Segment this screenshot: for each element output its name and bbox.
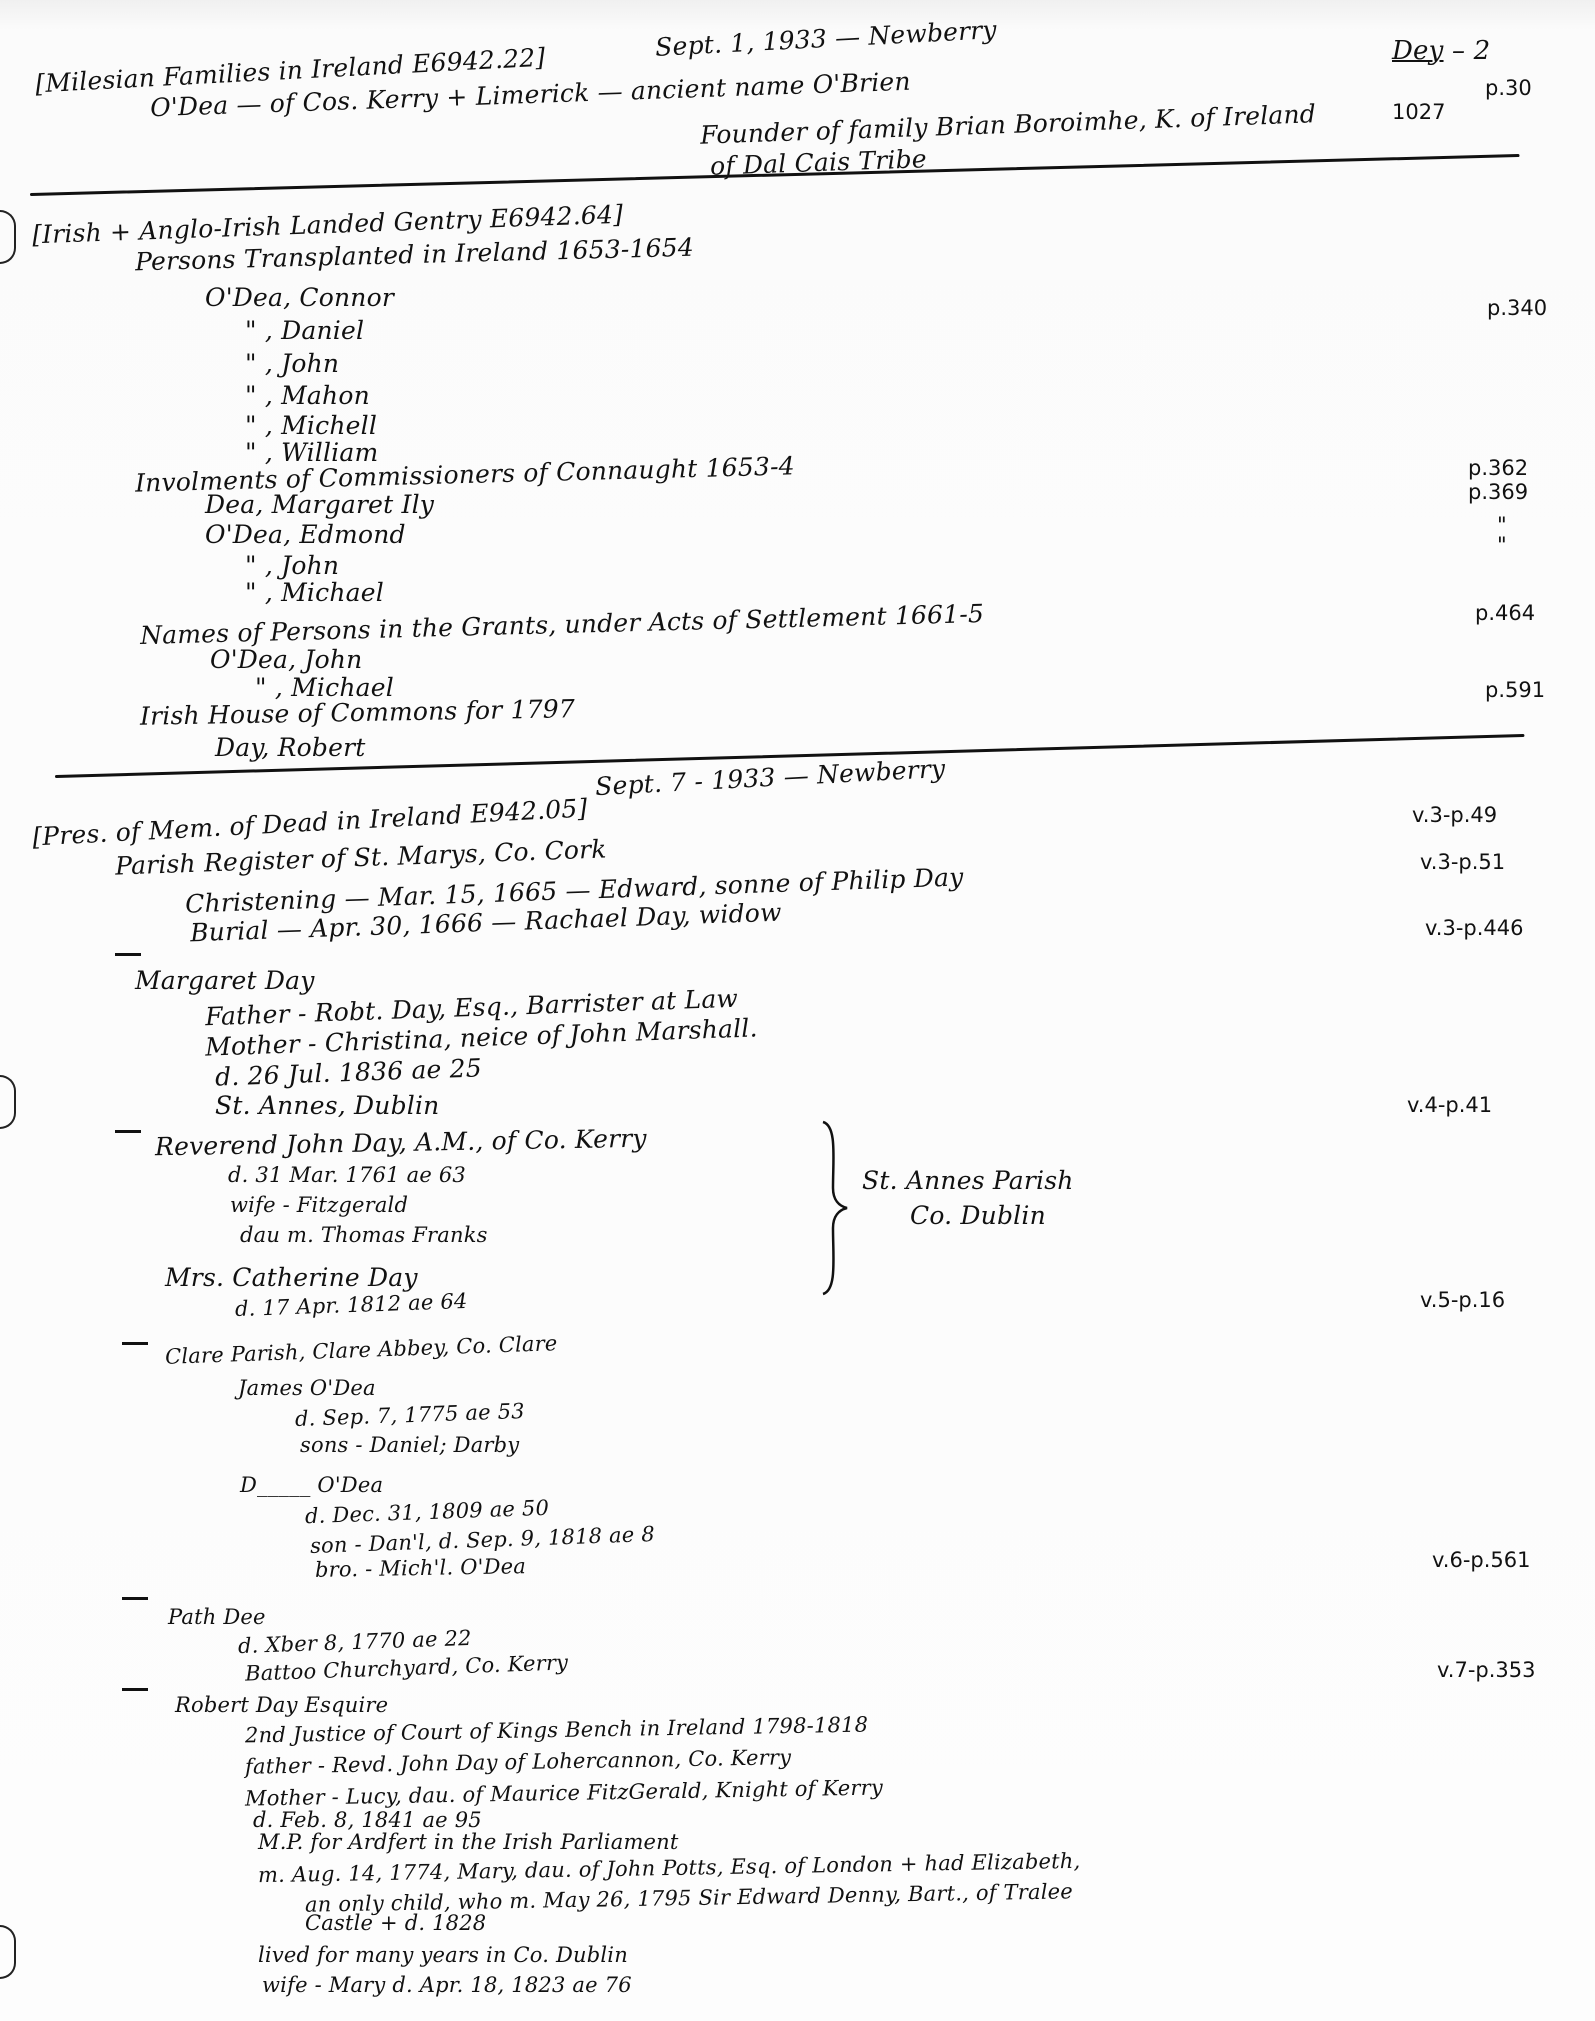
name-ref: p.369 (1468, 482, 1528, 503)
person-detail: Battoo Churchyard, Co. Kerry (245, 1652, 569, 1684)
person-name: Margaret Day (135, 968, 315, 993)
handwritten-research-page: Dey – 2 Sept. 1, 1933 — Newberry [Milesi… (0, 0, 1595, 2021)
brace-label: St. Annes Parish (862, 1168, 1074, 1193)
person-detail: sons - Daniel; Darby (300, 1435, 519, 1456)
section1-ref: 1027 (1392, 102, 1445, 123)
name-entry: " , William (245, 440, 378, 465)
name-entry: " , Michell (245, 413, 377, 438)
page-label: Dey – 2 (1392, 38, 1490, 64)
entry-dash (122, 1342, 148, 1345)
section1-ref: p.30 (1485, 78, 1532, 99)
page-label-number: 2 (1474, 36, 1491, 66)
person-detail: Mother - Lucy, dau. of Maurice FitzGeral… (245, 1777, 883, 1809)
entry-dash (122, 1597, 148, 1600)
person-detail: Castle + d. 1828 (305, 1913, 486, 1934)
person-name: Path Dee (168, 1607, 266, 1628)
person-name: Robert Day Esquire (175, 1695, 388, 1716)
person-detail: d. Sep. 7, 1775 ae 53 (295, 1401, 525, 1430)
name-entry: " , John (245, 553, 339, 578)
person-detail: d. Feb. 8, 1841 ae 95 (253, 1810, 482, 1831)
person-name: Mrs. Catherine Day (165, 1265, 418, 1290)
person-detail: bro. - Mich'l. O'Dea (315, 1556, 526, 1581)
entry-dash (115, 953, 141, 956)
person-detail: wife - Mary d. Apr. 18, 1823 ae 76 (262, 1975, 632, 1996)
subsection-ref: p.464 (1475, 603, 1535, 624)
name-entry: " , Michael (255, 675, 394, 700)
subsection-title: Names of Persons in the Grants, under Ac… (140, 601, 985, 648)
volume-ref: v.3-p.49 (1412, 805, 1497, 826)
person-detail: d. 17 Apr. 1812 ae 64 (235, 1291, 468, 1320)
name-ref: " (1497, 535, 1507, 556)
volume-ref: v.4-p.41 (1407, 1095, 1492, 1116)
person-detail: M.P. for Ardfert in the Irish Parliament (258, 1832, 679, 1853)
person-detail: St. Annes, Dublin (215, 1093, 439, 1118)
name-entry: Day, Robert (215, 735, 366, 760)
person-detail: son - Dan'l, d. Sep. 9, 1818 ae 8 (310, 1524, 655, 1557)
entry-dash (115, 1130, 141, 1133)
brace-label: Co. Dublin (910, 1203, 1046, 1228)
page-label-name: Dey (1392, 36, 1444, 66)
section3-date: Sept. 7 - 1933 — Newberry (595, 756, 946, 799)
name-entry: Dea, Margaret Ily (205, 492, 434, 517)
brace-icon (815, 1118, 855, 1298)
person-detail: lived for many years in Co. Dublin (258, 1945, 628, 1966)
person-detail: dau m. Thomas Franks (240, 1225, 488, 1246)
person-detail: 2nd Justice of Court of Kings Bench in I… (245, 1715, 869, 1747)
name-entry: " , Mahon (245, 383, 370, 408)
person-detail: d. Dec. 31, 1809 ae 50 (305, 1498, 550, 1528)
volume-ref: v.6-p.561 (1432, 1550, 1531, 1571)
parish-title: Clare Parish, Clare Abbey, Co. Clare (165, 1333, 558, 1368)
section1-date: Sept. 1, 1933 — Newberry (655, 17, 998, 60)
person-name: D_____ O'Dea (240, 1475, 383, 1496)
punch-hole-bottom (0, 1925, 16, 1979)
person-name: Reverend John Day, A.M., of Co. Kerry (155, 1126, 647, 1160)
name-entry: O'Dea, John (210, 647, 362, 672)
name-entry: " , John (245, 351, 339, 376)
person-detail: d. 26 Jul. 1836 ae 25 (215, 1055, 483, 1089)
entry-dash (122, 1688, 148, 1691)
subsection-ref: p.362 (1468, 458, 1528, 479)
person-detail: d. 31 Mar. 1761 ae 63 (228, 1165, 466, 1186)
volume-ref: v.3-p.51 (1420, 852, 1505, 873)
subsection-title: Irish House of Commons for 1797 (140, 696, 575, 729)
volume-ref: v.5-p.16 (1420, 1290, 1505, 1311)
person-detail: wife - Fitzgerald (230, 1195, 408, 1216)
subsection-ref: p.591 (1485, 680, 1545, 701)
punch-hole-top (0, 210, 16, 264)
name-entry: " , Daniel (245, 318, 364, 343)
person-detail: d. Xber 8, 1770 ae 22 (238, 1628, 472, 1657)
name-entry: O'Dea, Connor (205, 285, 394, 310)
subsection-ref: p.340 (1487, 298, 1547, 319)
section1-line: Founder of family Brian Boroimhe, K. of … (700, 101, 1317, 147)
name-entry: " , Michael (245, 580, 384, 605)
punch-hole-middle (0, 1075, 16, 1129)
person-name: James O'Dea (238, 1378, 376, 1399)
person-detail: father - Revd. John Day of Lohercannon, … (245, 1747, 792, 1778)
volume-ref: v.7-p.353 (1437, 1660, 1536, 1681)
volume-ref: v.3-p.446 (1425, 918, 1524, 939)
name-entry: O'Dea, Edmond (205, 522, 406, 547)
